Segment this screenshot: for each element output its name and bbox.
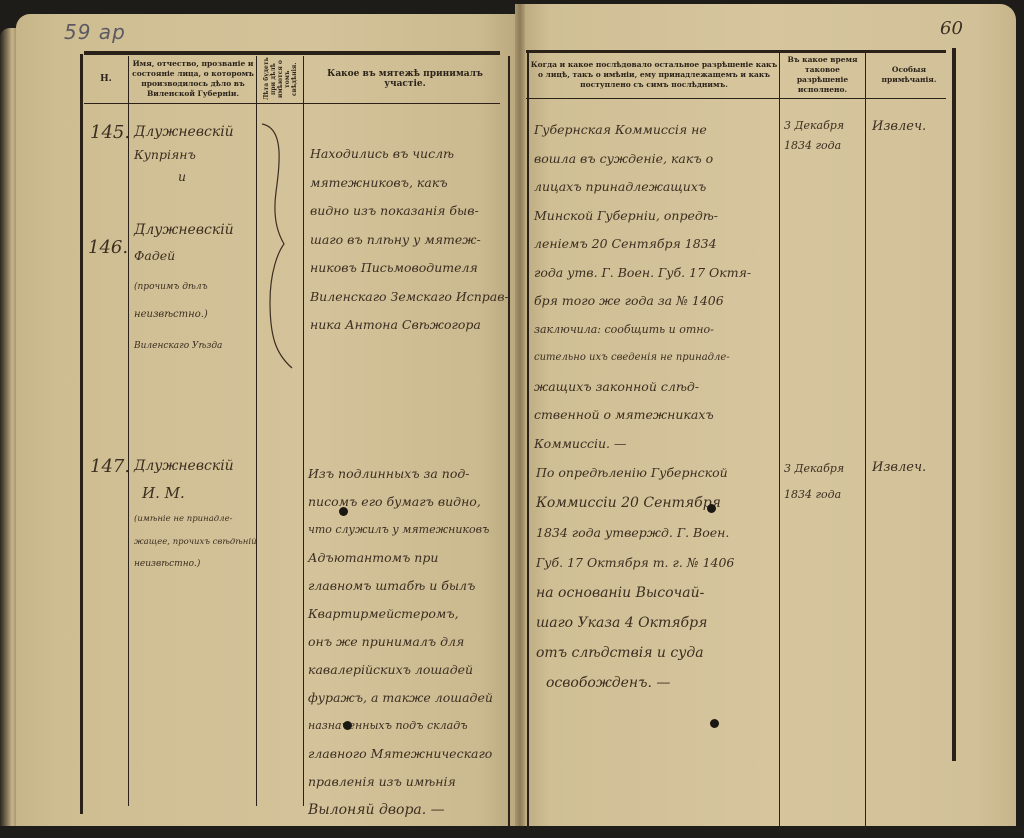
pencil-page-number: 59 ap (64, 20, 126, 44)
right-page-left-border (527, 50, 529, 830)
executed-line: 1834 года (784, 136, 864, 156)
name-line: (прочимъ дѣлъ (134, 273, 254, 302)
participation-line: правленія изъ имѣнія (308, 768, 506, 796)
entry-number: 145. (90, 122, 130, 143)
resolution-line: Коммиссіи. — (534, 430, 778, 459)
name-line: неизвѣстно.) (134, 301, 254, 330)
participation-line: писомъ его бумагъ видно, (308, 488, 506, 516)
resolution-line: освобожденъ. — (536, 668, 778, 698)
bottom-edge (0, 826, 1024, 838)
participation-line: Вылоняй двора. — (308, 796, 506, 824)
header-notes: Особыя примѣчанія. (867, 53, 951, 97)
header-number: Н. (84, 56, 128, 102)
col-divider-resolution (779, 52, 780, 832)
entry-participation-cell: Изъ подлинныхъ за под- писомъ его бумагъ… (308, 460, 506, 824)
header-resolution: Когда и какое послѣдовало остальное разр… (530, 53, 778, 97)
header-participation: Какое въ мятежѣ принималъ участіе. (305, 56, 505, 102)
left-page-right-border (508, 56, 510, 826)
resolution-line: шаго Указа 4 Октября (536, 608, 778, 638)
resolution-line: Губ. 17 Октября т. г. № 1406 (536, 548, 778, 578)
participation-line: что служилъ у мятежниковъ (308, 516, 506, 544)
notes-line: Извлеч. (872, 116, 950, 138)
participation-line: шаго въ плѣну у мятеж- (310, 226, 506, 255)
resolution-line: бря того же года за № 1406 (534, 287, 778, 316)
entry-executed-cell: 3 Декабря 1834 года (784, 116, 864, 156)
binding-hole (339, 507, 348, 516)
col-divider-number (128, 56, 129, 806)
participation-line: Изъ подлинныхъ за под- (308, 460, 506, 488)
resolution-line: Губернская Коммиссія не (534, 116, 778, 145)
right-header-bottom-rule (526, 98, 946, 99)
header-top-rule (84, 51, 500, 55)
notes-line: Извлеч. (872, 456, 950, 480)
participation-line: назначенныхъ подъ складъ (308, 712, 506, 740)
col-divider-executed (865, 52, 866, 832)
resolution-line: леніемъ 20 Сентября 1834 (534, 230, 778, 259)
participation-line: ника Антона Свѣжогора (310, 311, 506, 340)
entry-notes-cell: Извлеч. (872, 456, 950, 480)
header-rotated-cell: Лѣта будеть при дѣлѣ имѣются о томъ свѣд… (257, 56, 303, 102)
resolution-line: сительно ихъ сведенія не принадле- (534, 344, 778, 373)
resolution-line: заключила: сообщить и отно- (534, 316, 778, 345)
name-line: Фадей (134, 242, 254, 271)
entry-name-cell: Длужневскій Купріянъ и Длужневскій Фадей… (134, 118, 254, 360)
entry-participation-cell: Находились въ числѣ мятежниковъ, какъ ви… (310, 140, 506, 340)
participation-line: Квартирмейстеромъ, (308, 600, 506, 628)
participation-line: Находились въ числѣ (310, 140, 506, 169)
executed-line: 1834 года (784, 482, 864, 508)
header-bottom-rule (84, 103, 500, 104)
resolution-line: отъ слѣдствія и суда (536, 638, 778, 668)
resolution-line: Коммиссіи 20 Сентября (536, 488, 778, 518)
participation-line: Виленскаго Земскаго Исправ- (310, 283, 506, 312)
grouping-brace-icon (258, 122, 298, 372)
name-line: Длужневскій (134, 452, 254, 481)
header-name: Имя, отчество, прозваніе и состояніе лиц… (130, 56, 256, 102)
header-executed: Въ какое время таковое разрѣшеніе исполн… (781, 53, 864, 97)
resolution-line: 1834 года утвержд. Г. Воен. (536, 518, 778, 548)
resolution-line: По опредѣленію Губернской (536, 458, 778, 488)
participation-line: кавалерійскихъ лошадей (308, 656, 506, 684)
participation-line: видно изъ показанія быв- (310, 197, 506, 226)
entry-resolution-cell: По опредѣленію Губернской Коммиссіи 20 С… (536, 458, 778, 698)
executed-line: 3 Декабря (784, 456, 864, 482)
book-spread: 59 ap 60 Н. Имя, отчество, прозваніе и с… (0, 0, 1024, 838)
resolution-line: вошла въ сужденіе, какъ о (534, 145, 778, 174)
entry-name-cell: Длужневскій И. М. (имѣніе не принадле- ж… (134, 452, 254, 579)
left-border (80, 54, 83, 814)
participation-line: главномъ штабѣ и былъ (308, 572, 506, 600)
participation-line: мятежниковъ, какъ (310, 169, 506, 198)
executed-line: 3 Декабря (784, 116, 864, 136)
entry-executed-cell: 3 Декабря 1834 года (784, 456, 864, 508)
resolution-line: ственной о мятежникахъ (534, 401, 778, 430)
entry-number: 146. (88, 237, 128, 258)
resolution-line: лицахъ принадлежащихъ (534, 173, 778, 202)
book-gutter (515, 4, 525, 838)
col-divider-name (256, 56, 257, 806)
right-border (952, 48, 956, 761)
right-page-number: 60 (940, 18, 963, 40)
header-rotated: Лѣта будеть при дѣлѣ имѣются о томъ свѣд… (263, 56, 298, 102)
entry-resolution-cell: Губернская Коммиссія не вошла въ суждені… (534, 116, 778, 458)
resolution-line: Минской Губерніи, опредѣ- (534, 202, 778, 231)
binding-hole (707, 504, 716, 513)
participation-line: никовъ Письмоводителя (310, 254, 506, 283)
col-divider-rotated (303, 56, 304, 806)
resolution-line: жащихъ законной слѣд- (534, 373, 778, 402)
resolution-line: на основаніи Высочай- (536, 578, 778, 608)
name-line: Длужневскій (134, 216, 254, 245)
participation-line: фуражъ, а также лошадей (308, 684, 506, 712)
name-line: И. М. (134, 479, 254, 508)
binding-hole (343, 721, 352, 730)
entry-notes-cell: Извлеч. (872, 116, 950, 138)
participation-line: Адъютантомъ при (308, 544, 506, 572)
entry-number: 147. (90, 456, 130, 477)
binding-hole (710, 719, 719, 728)
participation-line: главного Мятежническаго (308, 740, 506, 768)
participation-line: онъ же принималъ для (308, 628, 506, 656)
name-line: Виленскаго Уѣзда (134, 332, 254, 361)
resolution-line: года утв. Г. Воен. Губ. 17 Октя- (534, 259, 778, 288)
